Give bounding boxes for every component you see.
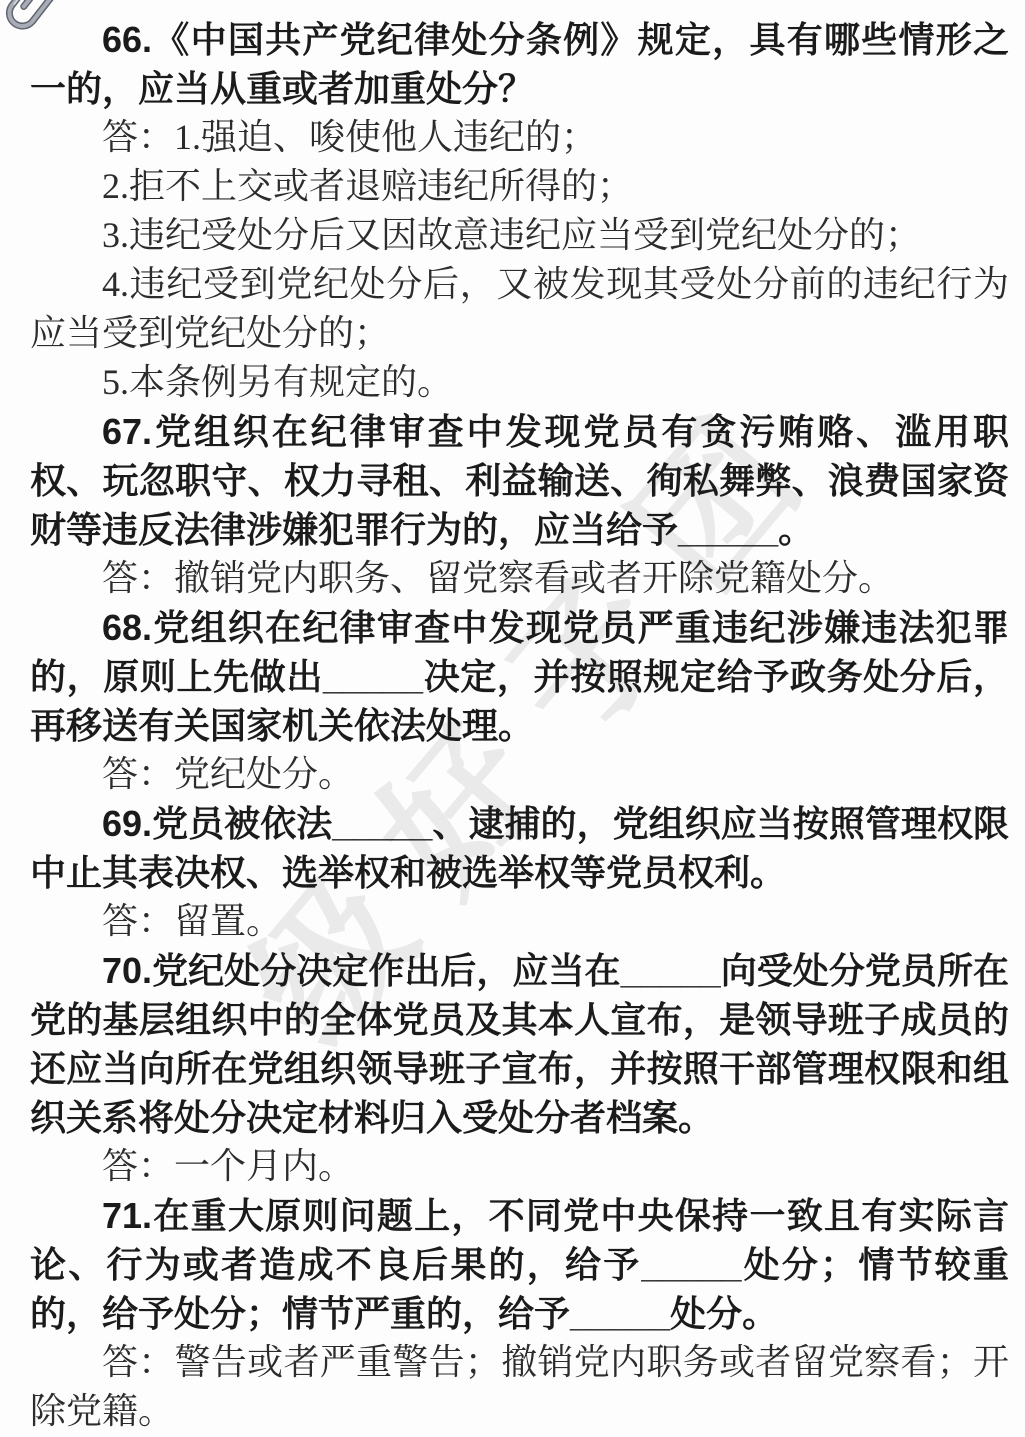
question-68: 68.党组织在纪律审查中发现党员严重违纪涉嫌违法犯罪的，原则上先做出_____决… [30,603,1009,750]
question-70: 70.党纪处分决定作出后，应当在_____向受处分党员所在党的基层组织中的全体党… [30,946,1009,1142]
answer-71: 答：警告或者严重警告；撤销党内职务或者留党察看；开除党籍。 [30,1338,1009,1436]
answer-66-item-5: 5.本条例另有规定的。 [30,358,1009,407]
document-text-block: 66.《中国共产党纪律处分条例》规定，具有哪些情形之一的，应当从重或者加重处分？… [0,0,1025,1436]
question-66: 66.《中国共产党纪律处分条例》规定，具有哪些情形之一的，应当从重或者加重处分？ [30,15,1009,113]
answer-70: 答：一个月内。 [30,1142,1009,1191]
answer-66-item-3: 3.违纪受处分后又因故意违纪应当受到党纪处分的； [30,211,1009,260]
answer-69: 答：留置。 [30,897,1009,946]
answer-66-item-2: 2.拒不上交或者退赔违纪所得的； [30,162,1009,211]
answer-66-item-1: 答：1.强迫、唆使他人违纪的； [30,113,1009,162]
question-69: 69.党员被依法_____、逮捕的，党组织应当按照管理权限中止其表决权、选举权和… [30,799,1009,897]
answer-66-item-4: 4.违纪受到党纪处分后，又被发现其受处分前的违纪行为应当受到党纪处分的； [30,260,1009,358]
answer-67: 答：撤销党内职务、留党察看或者开除党籍处分。 [30,554,1009,603]
question-67: 67.党组织在纪律审查中发现党员有贪污贿赂、滥用职权、玩忽职守、权力寻租、利益输… [30,407,1009,554]
answer-68: 答：党纪处分。 [30,750,1009,799]
question-71: 71.在重大原则问题上，不同党中央保持一致且有实际言论、行为或者造成不良后果的，… [30,1191,1009,1338]
document-page: 级好子团 66.《中国共产党纪律处分条例》规定，具有哪些情形之一的，应当从重或者… [0,0,1025,1437]
